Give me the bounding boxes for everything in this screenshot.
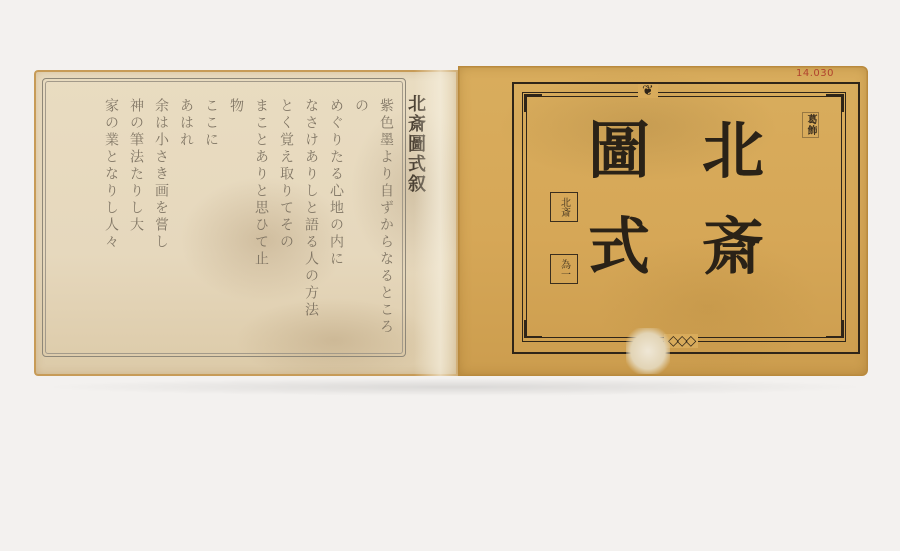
text-column: ここに bbox=[198, 98, 223, 348]
text-column: 紫色墨より自ずからなるところの bbox=[348, 98, 398, 348]
seal-stamp-2: 為一 bbox=[550, 254, 578, 284]
text-column: あはれ bbox=[173, 98, 198, 348]
text-column: 余は小さき画を嘗し bbox=[148, 98, 173, 348]
spine-fold bbox=[414, 70, 458, 376]
text-column: まことありと思ひて止 bbox=[248, 98, 273, 348]
scroll-ornament-icon: ❦ bbox=[638, 84, 658, 98]
paper-damage bbox=[626, 328, 670, 374]
fret-corner-icon bbox=[826, 94, 844, 112]
catalog-number: 14.030 bbox=[796, 68, 834, 79]
text-column: 家の業となりし人々 bbox=[98, 98, 123, 348]
side-inscription: 葛飾 bbox=[802, 112, 819, 138]
preface-page: 北斎圖式叙 紫色墨より自ずからなるところの めぐりたる心地の内に なさけありしと… bbox=[34, 70, 458, 376]
text-column: とく覚え取りてその bbox=[273, 98, 298, 348]
book-shadow bbox=[40, 378, 870, 396]
fret-corner-icon bbox=[826, 320, 844, 338]
title-char-hoku: 北 bbox=[702, 120, 764, 182]
title-char-sai: 斎 bbox=[702, 216, 764, 278]
text-column: めぐりたる心地の内に bbox=[323, 98, 348, 348]
title-cover-page: 14.030 ❦ ◇◇◇ 北 斎 圖 式 葛飾 北斎 為一 bbox=[458, 66, 868, 376]
preface-text: 紫色墨より自ずからなるところの めぐりたる心地の内に なさけありしと語る人の方法… bbox=[98, 98, 398, 348]
seal-stamp-1: 北斎 bbox=[550, 192, 578, 222]
text-column: なさけありしと語る人の方法 bbox=[298, 98, 323, 348]
open-book: 北斎圖式叙 紫色墨より自ずからなるところの めぐりたる心地の内に なさけありしと… bbox=[34, 66, 868, 376]
text-column: 物 bbox=[223, 98, 248, 348]
text-column: 神の筆法たりし大 bbox=[123, 98, 148, 348]
title-char-shiki: 式 bbox=[588, 216, 650, 278]
title-char-zu: 圖 bbox=[588, 120, 650, 182]
fret-corner-icon bbox=[524, 320, 542, 338]
fret-corner-icon bbox=[524, 94, 542, 112]
